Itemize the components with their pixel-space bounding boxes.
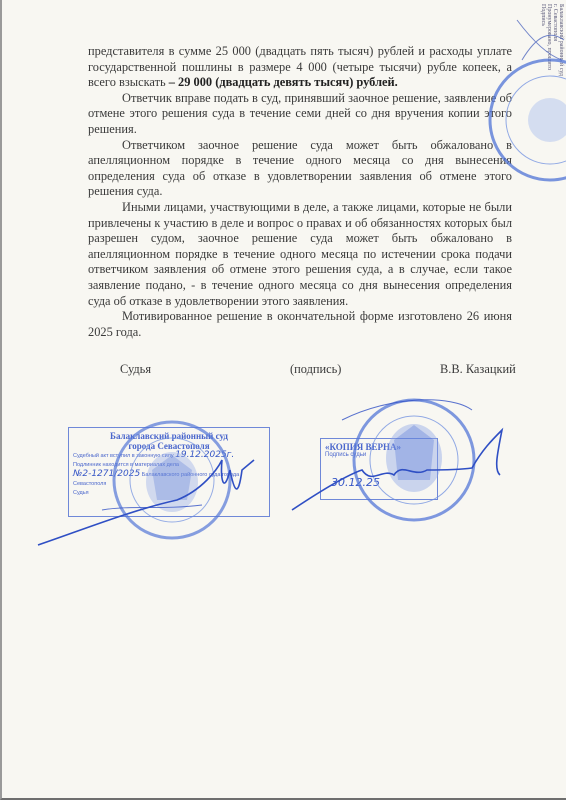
signature-placeholder: (подпись) [290,362,440,377]
stamp-copy-subtitle: Подпись судьи [325,452,437,458]
judge-name: В.В. Казацкий [440,362,532,377]
stamp-handwritten-date: 19.12.2025г. [175,450,234,460]
binding-stamp-line: Балаклавский районный суд [558,4,564,124]
stamp-copy-title: «КОПИЯ ВЕРНА» [325,442,437,452]
stamp-copy-date: 30.12.25 [331,476,437,489]
binding-stamp-line: Пронумеровано, прошито [546,4,552,124]
paragraph-other-parties-appeal: Иными лицами, участвующими в деле, а так… [88,200,512,309]
stamp-case-number: №2-1271/2025 [73,469,140,479]
stamp-court-name: Балаклавский районный суд [69,431,269,441]
stamp-label: Судебный акт вступил в законную силу [73,453,174,459]
true-copy-stamp: «КОПИЯ ВЕРНА» Подпись судьи 30.12.25 [320,438,438,500]
stamp-legal-force-line: Судебный акт вступил в законную силу 19.… [73,451,269,461]
legal-force-stamp: Балаклавский районный суд города Севасто… [68,427,270,517]
paragraph-defendant-appeal: Ответчиком заочное решение суда может бы… [88,138,512,200]
paragraph-motivated-decision: Мотивированное решение в окончательной ф… [88,309,512,340]
binding-stamp: Балаклавский районный суд г. Севастополя… [524,4,564,124]
document-body: представителя в сумме 25 000 (двадцать п… [88,44,512,340]
paragraph-costs: представителя в сумме 25 000 (двадцать п… [88,44,512,91]
stamp-label: Балаклавского районного суда города [142,472,239,478]
signature-block: Судья (подпись) В.В. Казацкий [120,362,532,377]
paragraph-appeal-right: Ответчик вправе подать в суд, принявший … [88,91,512,138]
document-page: Балаклавский районный суд г. Севастополя… [0,0,566,800]
stamp-city-line: Севастополя [73,480,269,489]
stamp-case-line: №2-1271/2025 Балаклавского районного суд… [73,470,269,480]
stamp-city: города Севастополя [69,441,269,451]
stamp-judge-line: Судья [73,489,269,498]
total-amount: – 29 000 (двадцать девять тысяч) рублей. [169,75,398,89]
signature-role: Судья [120,362,290,377]
